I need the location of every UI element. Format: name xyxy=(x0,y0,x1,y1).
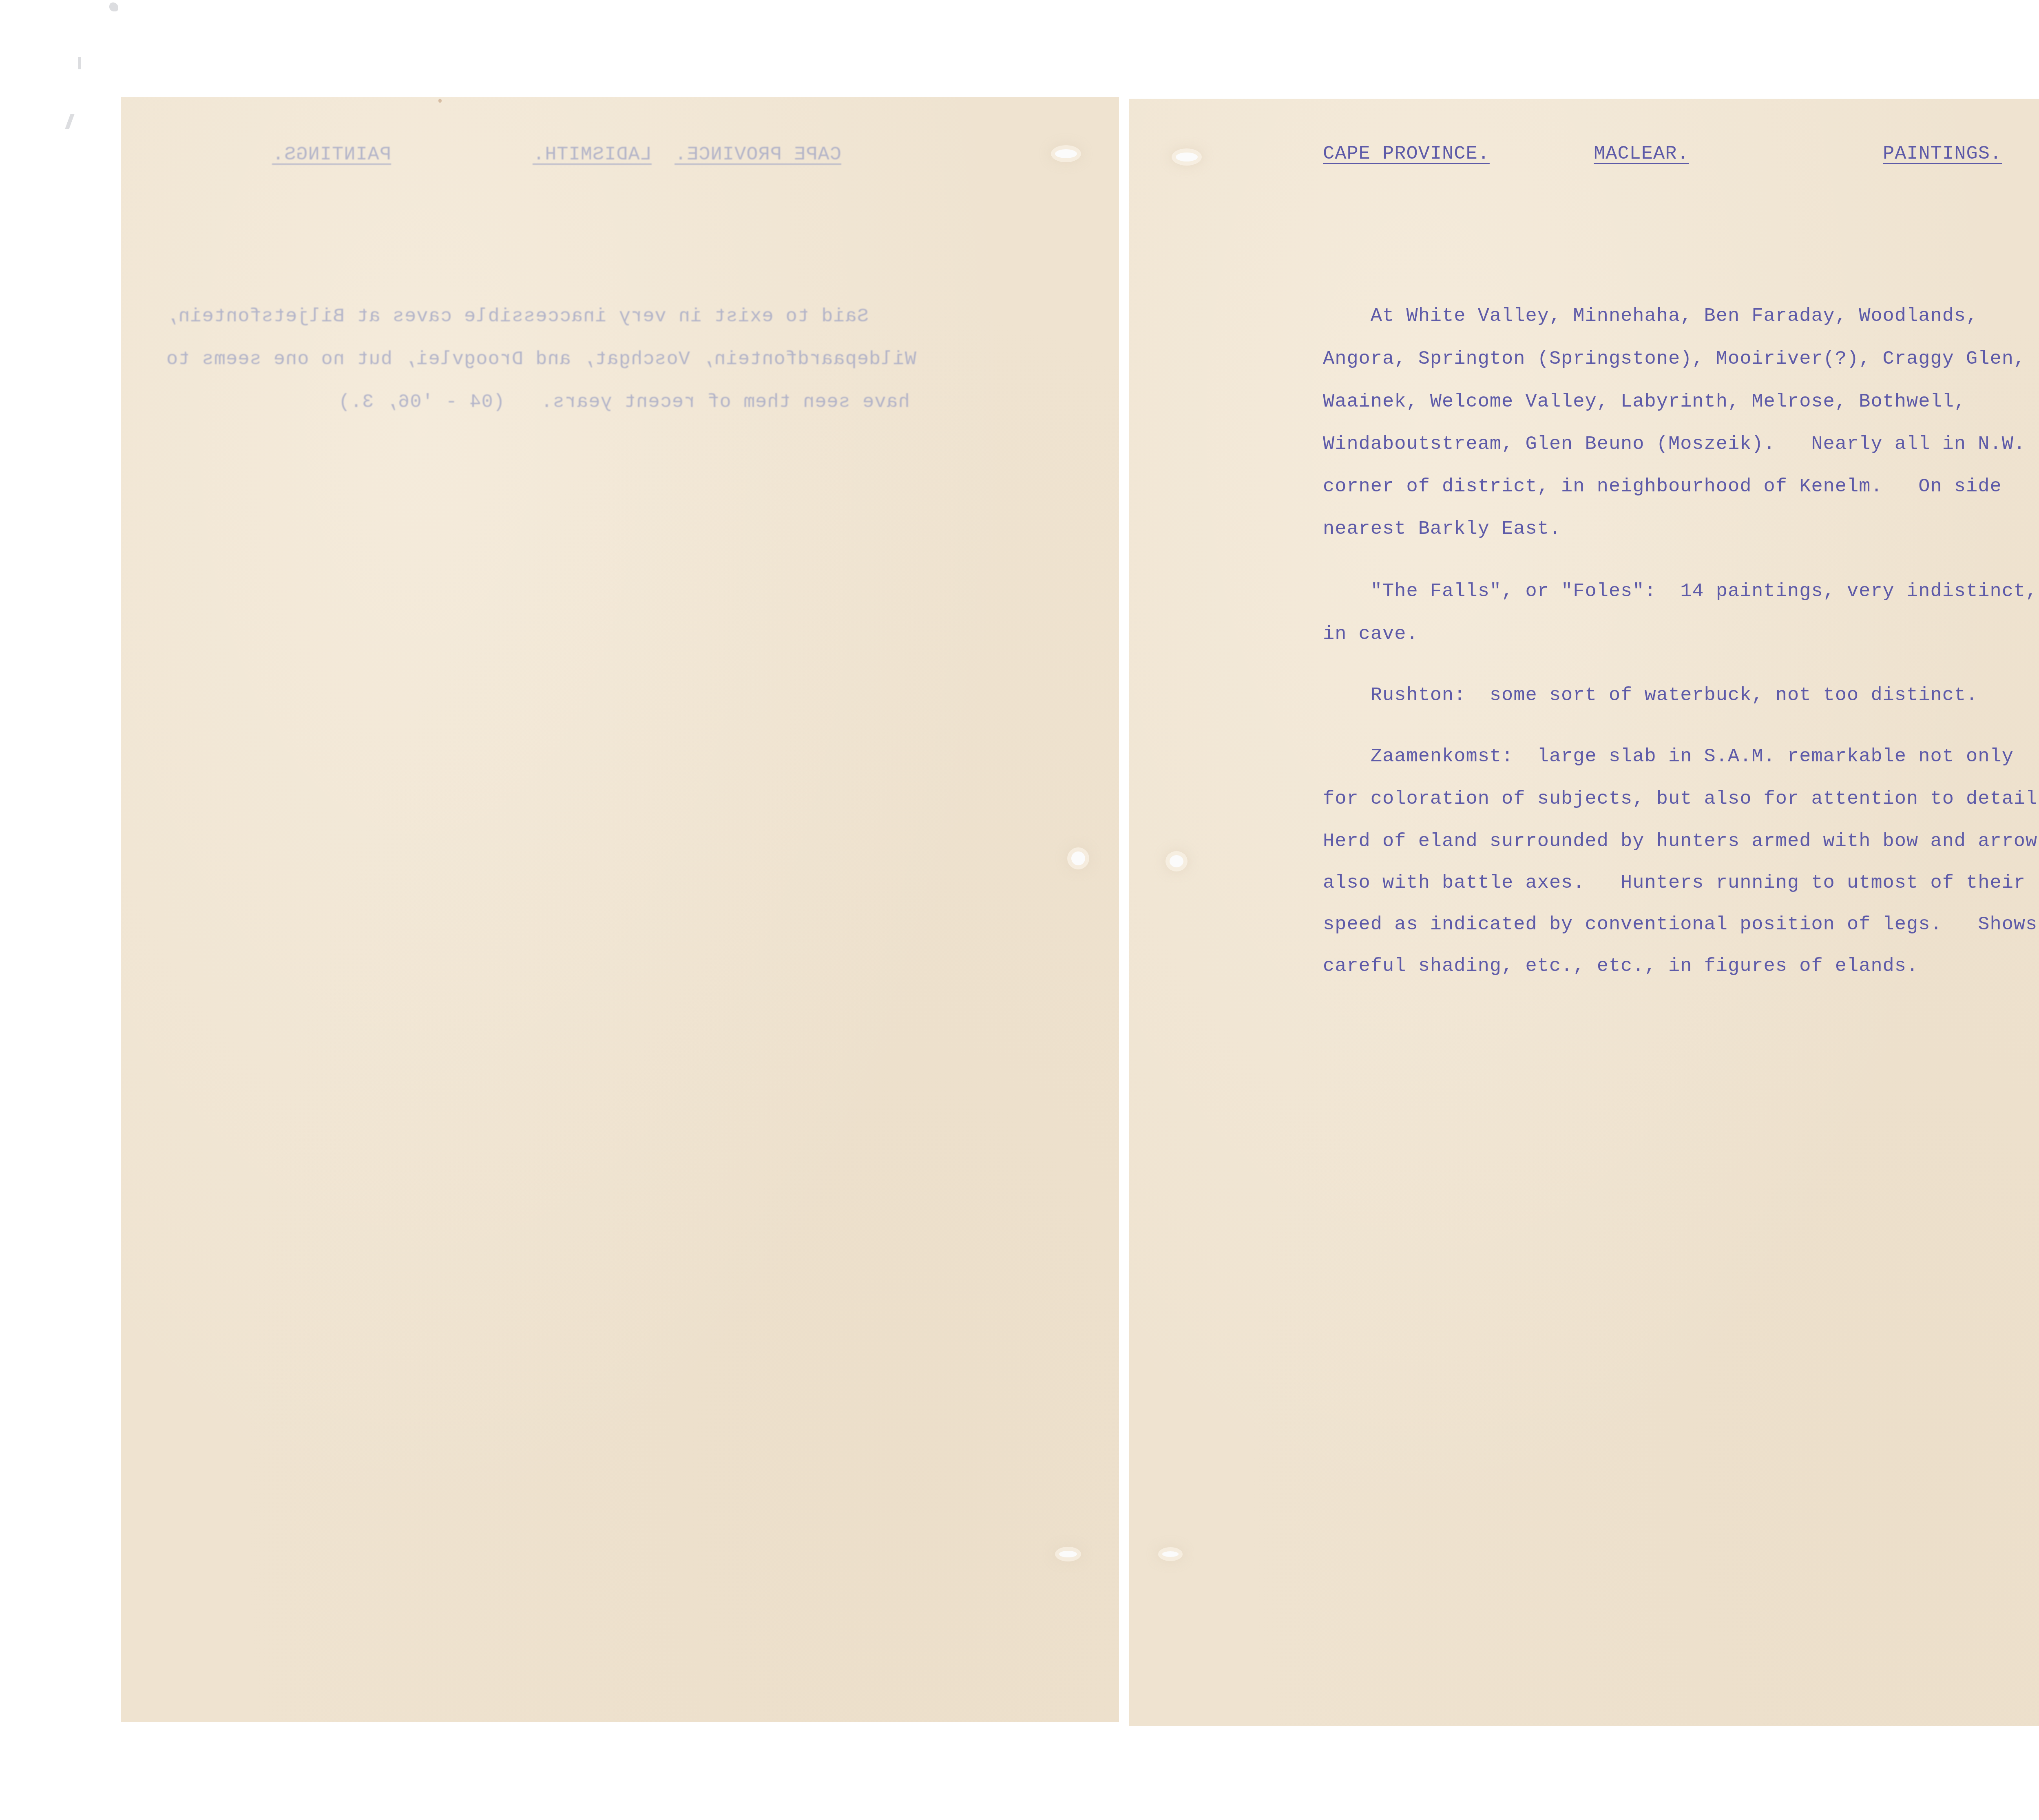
paper-scrap xyxy=(78,57,81,69)
punch-hole xyxy=(1162,1551,1179,1557)
body-line: nearest Barkly East. xyxy=(1323,520,1561,539)
header-district: MACLEAR. xyxy=(1594,144,1689,164)
body-line: At White Valley, Minnehaha, Ben Faraday,… xyxy=(1323,307,1978,326)
right-page: CAPE PROVINCE. MACLEAR. PAINTINGS. At Wh… xyxy=(1129,99,2039,1726)
ghost-header-district: LADISMITH. xyxy=(533,145,652,164)
body-line: in cave. xyxy=(1323,625,1418,644)
body-line: Zaamenkomst: large slab in S.A.M. remark… xyxy=(1323,747,2014,766)
body-line: Waainek, Welcome Valley, Labyrinth, Melr… xyxy=(1323,392,1966,411)
body-line: also with battle axes. Hunters running t… xyxy=(1323,874,2026,893)
left-page: CAPE PROVINCE. LADISMITH. PAINTINGS. Sai… xyxy=(121,97,1119,1722)
body-line: "The Falls", or "Foles": 14 paintings, v… xyxy=(1323,582,2037,601)
rust-speck xyxy=(438,99,442,103)
paper-scrap xyxy=(109,2,118,11)
paper-scrap xyxy=(65,114,74,129)
body-line: careful shading, etc., etc., in figures … xyxy=(1323,957,1918,976)
body-line: for coloration of subjects, but also for… xyxy=(1323,789,2039,809)
header-category: PAINTINGS. xyxy=(1883,144,2002,164)
punch-hole xyxy=(1071,851,1085,865)
body-line: Rushton: some sort of waterbuck, not too… xyxy=(1323,686,1978,705)
ghost-header-category: PAINTINGS. xyxy=(272,145,391,164)
header-province: CAPE PROVINCE. xyxy=(1323,144,1490,164)
ghost-body-line: have seen them of recent years. (04 - '0… xyxy=(338,393,910,412)
punch-hole xyxy=(1176,153,1198,161)
body-line: Angora, Springton (Springstone), Mooiriv… xyxy=(1323,349,2026,369)
body-line: corner of district, in neighbourhood of … xyxy=(1323,477,2002,496)
ghost-header-province: CAPE PROVINCE. xyxy=(675,145,841,164)
ghost-body-line: Said to exist in very inaccessible caves… xyxy=(166,307,869,326)
body-line: Herd of eland surrounded by hunters arme… xyxy=(1323,832,2039,851)
ghost-body-line: Wildepaardfontein, Voschgat, and Droogvl… xyxy=(166,350,916,369)
body-line: speed as indicated by conventional posit… xyxy=(1323,915,2037,934)
body-line: Windaboutstream, Glen Beuno (Moszeik). N… xyxy=(1323,435,2026,454)
punch-hole xyxy=(1059,1551,1077,1557)
punch-hole xyxy=(1170,855,1183,867)
punch-hole xyxy=(1055,149,1077,158)
